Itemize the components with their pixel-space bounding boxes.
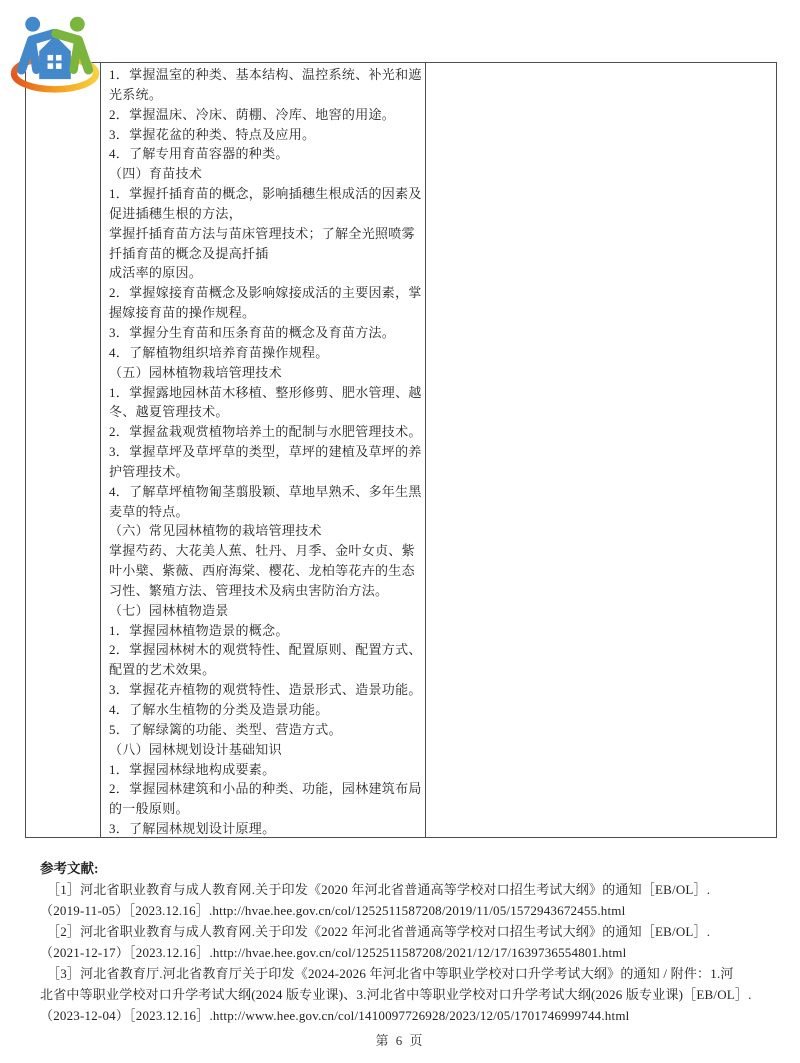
page-number: 第 6 页 — [0, 1030, 800, 1049]
references-section: 参考文献: ［1］河北省职业教育与成人教育网.关于印发《2020 年河北省普通高… — [40, 858, 766, 1026]
content-line: 4．了解专用育苗容器的种类。 — [109, 144, 417, 164]
syllabus-table: 1．掌握温室的种类、基本结构、温控系统、补光和遮光系统。2．掌握温床、冷床、荫棚… — [25, 62, 777, 838]
reference-line: （2021-12-17）［2023.12.16］.http://hvae.hee… — [40, 942, 766, 963]
reference-line-first: ［1］河北省职业教育与成人教育网.关于印发《2020 年河北省普通高等学校对口招… — [40, 879, 766, 900]
content-line: 光系统。 — [109, 85, 417, 105]
content-line: 1．掌握露地园林苗木移植、整形修剪、肥水管理、越 — [109, 383, 417, 403]
home-family-logo-icon — [8, 14, 102, 94]
content-line: 掌握扦插育苗方法与苗床管理技术；了解全光照喷雾 — [109, 224, 417, 244]
table-cell-content: 1．掌握温室的种类、基本结构、温控系统、补光和遮光系统。2．掌握温床、冷床、荫棚… — [101, 63, 426, 837]
reference-line: （2023-12-04）［2023.12.16］.http://www.hee.… — [40, 1005, 766, 1026]
content-line: 2．掌握嫁接育苗概念及影响嫁接成活的主要因素，掌 — [109, 283, 417, 303]
content-line: 2．掌握园林树木的观赏特性、配置原则、配置方式、 — [109, 640, 417, 660]
content-line: 5．了解绿篱的功能、类型、营造方式。 — [109, 720, 417, 740]
content-line: 3．掌握花盆的种类、特点及应用。 — [109, 125, 417, 145]
content-line: 冬、越夏管理技术。 — [109, 402, 417, 422]
content-line: 1．掌握温室的种类、基本结构、温控系统、补光和遮 — [109, 65, 417, 85]
school-logo — [8, 14, 102, 94]
content-line: 叶小檗、紫薇、西府海棠、樱花、龙柏等花卉的生态 — [109, 561, 417, 581]
reference-item: ［1］河北省职业教育与成人教育网.关于印发《2020 年河北省普通高等学校对口招… — [40, 879, 766, 921]
table-cell-right-empty — [426, 63, 776, 837]
content-line: （四）育苗技术 — [109, 164, 417, 184]
content-line: 2．掌握园林建筑和小品的种类、功能，园林建筑布局 — [109, 779, 417, 799]
document-page: 1．掌握温室的种类、基本结构、温控系统、补光和遮光系统。2．掌握温床、冷床、荫棚… — [0, 0, 800, 1063]
content-line: 握嫁接育苗的操作规程。 — [109, 303, 417, 323]
content-line: 成活率的原因。 — [109, 263, 417, 283]
content-line: 促进插穗生根的方法， — [109, 204, 417, 224]
content-line: 2．掌握温床、冷床、荫棚、冷库、地窖的用途。 — [109, 105, 417, 125]
content-line: 2．掌握盆栽观赏植物培养土的配制与水肥管理技术。 — [109, 422, 417, 442]
content-line: 麦草的特点。 — [109, 502, 417, 522]
content-line: 3．了解园林规划设计原理。 — [109, 819, 417, 837]
content-line: 护管理技术。 — [109, 462, 417, 482]
content-line: 1．掌握园林绿地构成要素。 — [109, 760, 417, 780]
reference-line: （2019-11-05）［2023.12.16］.http://hvae.hee… — [40, 900, 766, 921]
reference-line-first: ［3］河北省教育厅.河北省教育厅关于印发《2024-2026 年河北省中等职业学… — [40, 963, 766, 984]
content-line: 扦插育苗的概念及提高扦插 — [109, 244, 417, 264]
references-heading: 参考文献: — [40, 858, 766, 879]
reference-line: 北省中等职业学校对口升学考试大纲(2024 版专业课)、3.河北省中等职业学校对… — [40, 984, 766, 1005]
references-list: ［1］河北省职业教育与成人教育网.关于印发《2020 年河北省普通高等学校对口招… — [40, 879, 766, 1026]
reference-line-first: ［2］河北省职业教育与成人教育网.关于印发《2022 年河北省普通高等学校对口招… — [40, 921, 766, 942]
content-line: （五）园林植物栽培管理技术 — [109, 363, 417, 383]
content-line: 3．掌握花卉植物的观赏特性、造景形式、造景功能。 — [109, 680, 417, 700]
content-line: 配置的艺术效果。 — [109, 660, 417, 680]
content-line: 习性、繁殖方法、管理技术及病虫害防治方法。 — [109, 581, 417, 601]
content-line: 4．了解植物组织培养育苗操作规程。 — [109, 343, 417, 363]
content-line: 3．掌握分生育苗和压条育苗的概念及育苗方法。 — [109, 323, 417, 343]
content-line: 3．掌握草坪及草坪草的类型，草坪的建植及草坪的养 — [109, 442, 417, 462]
content-line: 1．掌握扦插育苗的概念，影响插穗生根成活的因素及 — [109, 184, 417, 204]
content-line: （七）园林植物造景 — [109, 601, 417, 621]
content-line: 的一般原则。 — [109, 799, 417, 819]
content-line: 4．了解水生植物的分类及造景功能。 — [109, 700, 417, 720]
content-line: 4．了解草坪植物匍茎翦股颖、草地早熟禾、多年生黑 — [109, 482, 417, 502]
content-line: （八）园林规划设计基础知识 — [109, 740, 417, 760]
content-line: 掌握芍药、大花美人蕉、牡丹、月季、金叶女贞、紫 — [109, 541, 417, 561]
reference-item: ［2］河北省职业教育与成人教育网.关于印发《2022 年河北省普通高等学校对口招… — [40, 921, 766, 963]
content-line: （六）常见园林植物的栽培管理技术 — [109, 521, 417, 541]
table-cell-left-empty — [26, 63, 101, 837]
content-line: 1．掌握园林植物造景的概念。 — [109, 621, 417, 641]
reference-item: ［3］河北省教育厅.河北省教育厅关于印发《2024-2026 年河北省中等职业学… — [40, 963, 766, 1026]
